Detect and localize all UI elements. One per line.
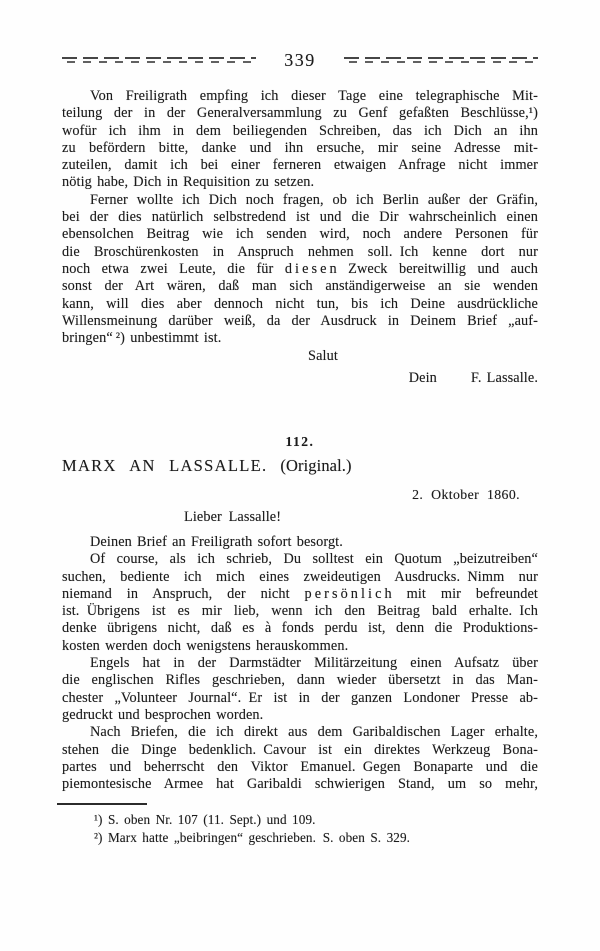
text-line: Nach Briefen, die ich direkt aus dem Gar… — [62, 724, 538, 741]
text-line: wofür ich ihm in dem beiliegenden Schrei… — [62, 123, 538, 140]
paragraph: Engels hat in der Darmstädter Militärzei… — [62, 655, 538, 724]
page-header: 339 — [62, 49, 538, 71]
text-line: suchen, bediente ich mich eines zweideut… — [62, 569, 538, 586]
text-line: piemontesische Armee hat Garibaldi schwi… — [62, 776, 538, 793]
letter-salutation: Lieber Lassalle! — [184, 509, 538, 526]
text-line: bei der dies natürlich selbstredend ist … — [62, 209, 538, 226]
text-line: ist. Übrigens ist es mir lieb, wenn ich … — [62, 603, 538, 620]
page-number: 339 — [284, 49, 316, 71]
footnote-1: ¹) S. oben Nr. 107 (11. Sept.) und 109. — [94, 811, 538, 828]
paragraph: Of course, als ich schrieb, Du solltest … — [62, 551, 538, 655]
letter-signature: Dein F. Lassalle. — [62, 370, 538, 387]
footnote-separator — [57, 803, 147, 805]
header-rule-left-icon — [62, 56, 256, 64]
text-column: Von Freiligrath empfing ich dieser Tage … — [62, 88, 538, 846]
text-line: ebensolchen Beitrag wie ich senden wird,… — [62, 226, 538, 243]
text-line: die Broschürenkosten in Anspruch nehmen … — [62, 244, 538, 261]
footnote-2: ²) Marx hatte „beibringen“ geschrieben. … — [94, 829, 538, 846]
text-line: gedruckt und besprochen worden. — [62, 707, 538, 724]
signature-name: F. Lassalle. — [471, 370, 538, 387]
text-line: kosten werden doch wenigstens herauskomm… — [62, 638, 538, 655]
text-line: Engels hat in der Darmstädter Militärzei… — [62, 655, 538, 672]
text-line: zuteilen, damit ich bei einer ferneren e… — [62, 157, 538, 174]
letter-heading: MARX AN LASSALLE.(Original.) — [62, 455, 538, 477]
text-line: kann, will dies aber dennoch nicht tun, … — [62, 296, 538, 313]
text-line: Deinen Brief an Freiligrath sofort besor… — [62, 534, 538, 551]
book-page: 339 Von Freiligrath empfing ich dieser T… — [0, 0, 600, 951]
text-line: sonst der Art wären, daß man sich anstän… — [62, 278, 538, 295]
paragraph: Ferner wollte ich Dich noch fragen, ob i… — [62, 192, 538, 348]
letter-heading-note: (Original.) — [280, 456, 351, 475]
letter-112: 112. MARX AN LASSALLE.(Original.) 2. Okt… — [62, 433, 538, 793]
paragraph: Nach Briefen, die ich direkt aus dem Gar… — [62, 724, 538, 793]
text-line: Of course, als ich schrieb, Du solltest … — [62, 551, 538, 568]
paragraph: Deinen Brief an Freiligrath sofort besor… — [62, 534, 538, 551]
text-line: Ferner wollte ich Dich noch fragen, ob i… — [62, 192, 538, 209]
letter-111-ending: Von Freiligrath empfing ich dieser Tage … — [62, 88, 538, 387]
letter-number: 112. — [62, 433, 538, 450]
text-line: niemand in Anspruch, der nicht p e r s ö… — [62, 586, 538, 603]
text-line: stehen die Dinge bedenklich. Cavour ist … — [62, 742, 538, 759]
text-line: bringen“ ²) unbestimmt ist. — [62, 330, 538, 347]
text-line: noch etwa zwei Leute, die für d i e s e … — [62, 261, 538, 278]
text-line: chester „Volunteer Journal“. Er ist in d… — [62, 690, 538, 707]
letter-salut: Salut — [62, 348, 538, 365]
footnotes-block: ¹) S. oben Nr. 107 (11. Sept.) und 109. … — [62, 803, 538, 846]
text-line: teilung der in der Generalversammlung zu… — [62, 105, 538, 122]
text-line: Willensmeinung darüber weiß, da der Ausd… — [62, 313, 538, 330]
text-line: denke übrigens nicht, daß es à fonds per… — [62, 620, 538, 637]
text-line: nötig habe, Dich in Requisition zu setze… — [62, 174, 538, 191]
letter-date: 2. Oktober 1860. — [62, 486, 538, 503]
text-line: partes und beherrscht den Viktor Emanuel… — [62, 759, 538, 776]
letter-heading-title: MARX AN LASSALLE. — [62, 456, 267, 475]
text-line: die englischen Rifles geschrieben, dann … — [62, 672, 538, 689]
text-line: Von Freiligrath empfing ich dieser Tage … — [62, 88, 538, 105]
header-rule-right-icon — [344, 56, 538, 64]
signature-dein: Dein — [409, 370, 437, 387]
paragraph: Von Freiligrath empfing ich dieser Tage … — [62, 88, 538, 192]
text-line: zu befördern bitte, danke und ihn ersuch… — [62, 140, 538, 157]
